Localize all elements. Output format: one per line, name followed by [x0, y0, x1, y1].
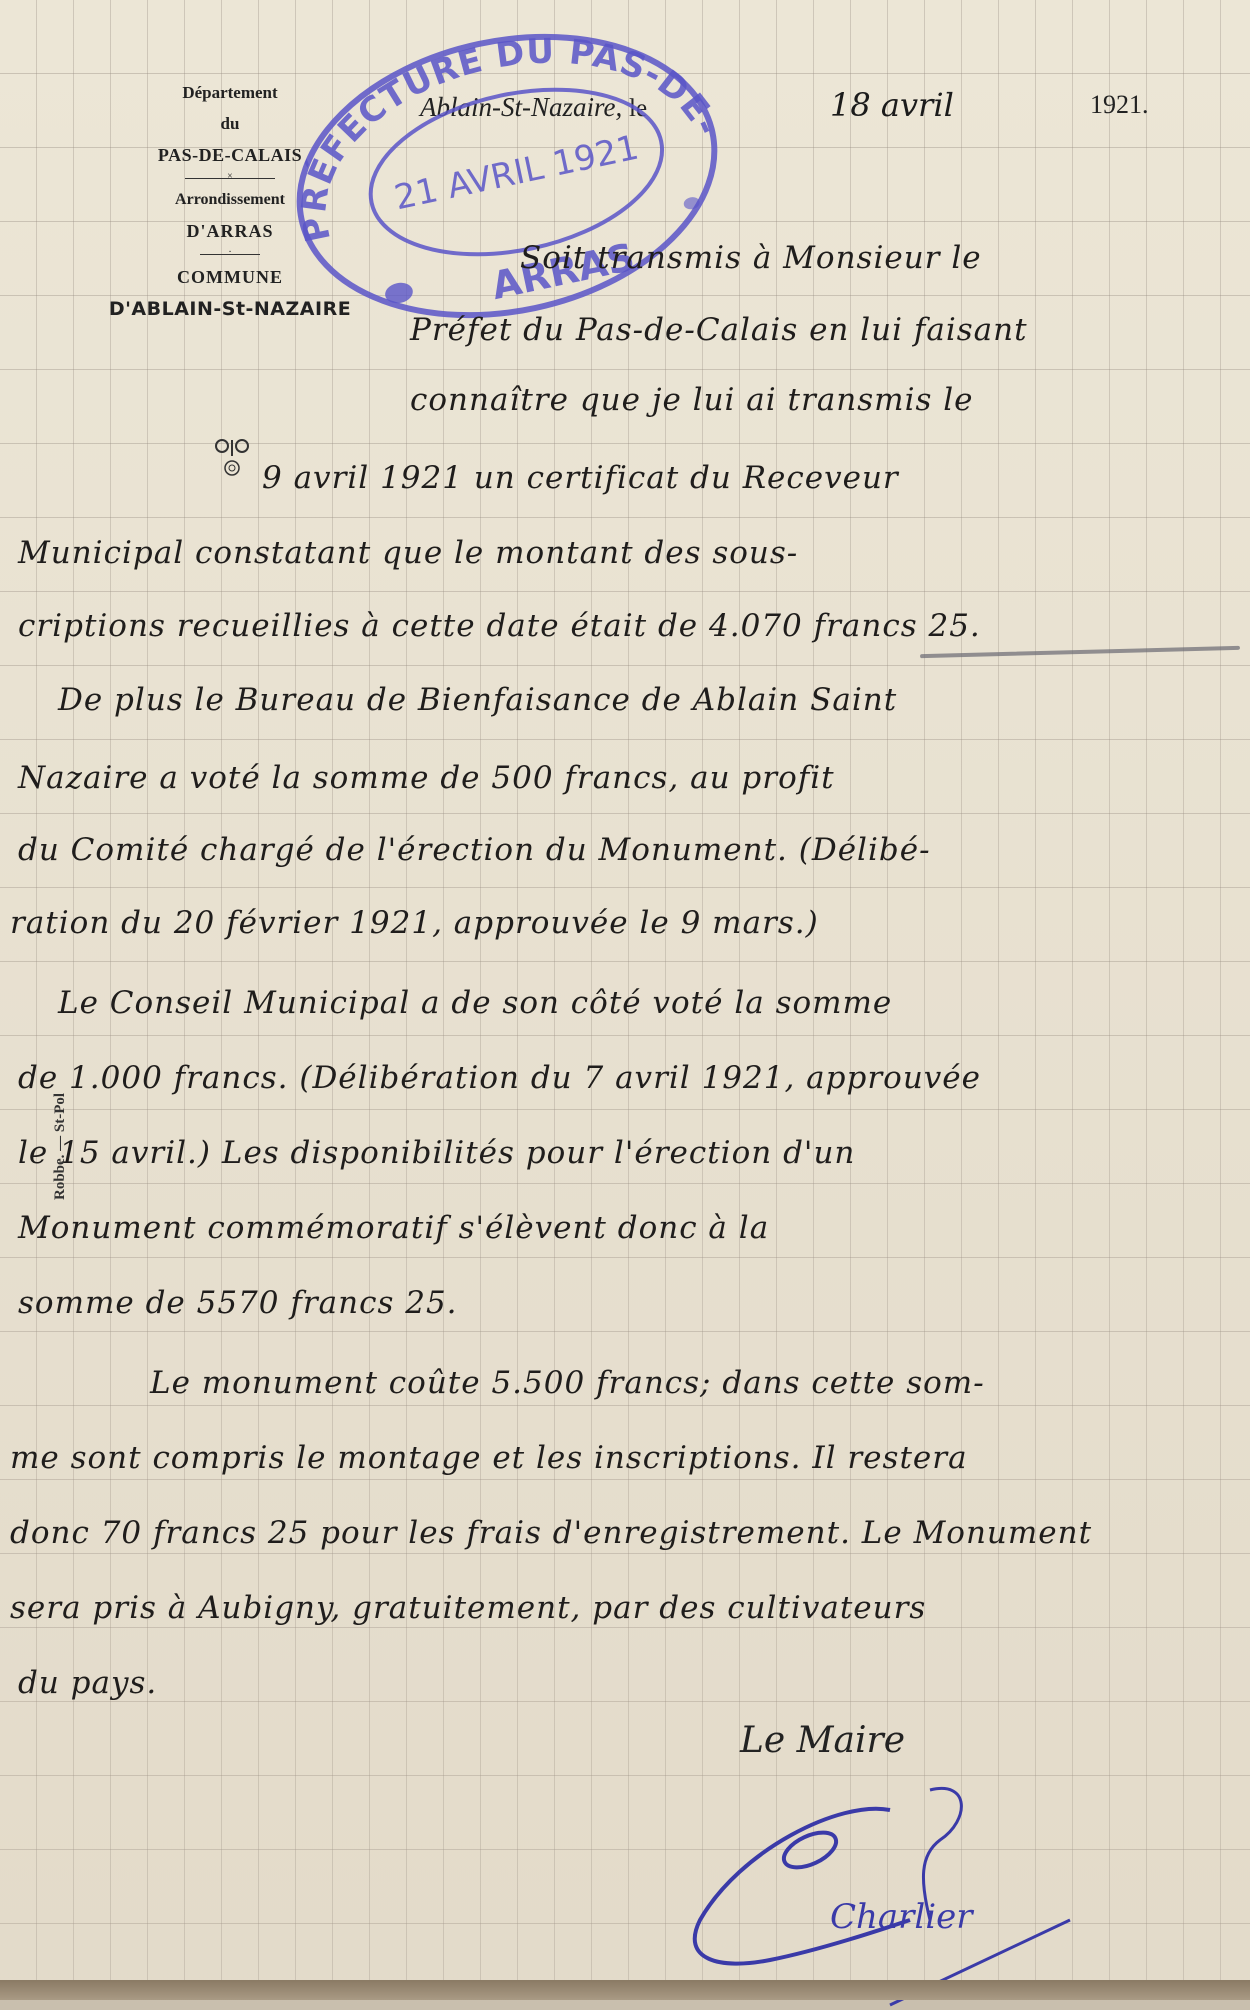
body-line: de 1.000 francs. (Délibération du 7 avri…	[18, 1060, 981, 1096]
body-line: le 15 avril.) Les disponibilités pour l'…	[18, 1135, 855, 1171]
closing-title: Le Maire	[740, 1720, 905, 1761]
stamp-date: 21 AVRIL 1921	[391, 128, 642, 219]
body-line: criptions recueillies à cette date était…	[18, 608, 981, 644]
body-line: Le Conseil Municipal a de son côté voté …	[58, 985, 892, 1021]
body-line: connaître que je lui ai transmis le	[410, 382, 974, 418]
body-line: somme de 5570 francs 25.	[18, 1285, 458, 1321]
document-page: Département du PAS-DE-CALAIS × Arrondiss…	[0, 0, 1250, 1980]
body-line: du Comité chargé de l'érection du Monume…	[18, 832, 931, 868]
pencil-underline	[920, 646, 1240, 658]
body-line: Le monument coûte 5.500 francs; dans cet…	[150, 1365, 985, 1401]
printer-mark: Robbe. — St-Pol	[52, 1093, 69, 1200]
page-bottom-edge	[0, 1980, 1250, 2000]
mayor-signature: Charlier	[680, 1770, 1100, 2000]
body-line: sera pris à Aubigny, gratuitement, par d…	[10, 1590, 926, 1626]
body-line: De plus le Bureau de Bienfaisance de Abl…	[58, 682, 897, 718]
body-line: Soit transmis à Monsieur le	[520, 240, 982, 276]
body-line: ration du 20 février 1921, approuvée le …	[10, 905, 819, 941]
body-line: me sont compris le montage et les inscri…	[10, 1440, 968, 1476]
body-line: Préfet du Pas-de-Calais en lui faisant	[410, 312, 1028, 348]
body-line: Monument commémoratif s'élèvent donc à l…	[18, 1210, 769, 1246]
body-line: Nazaire a voté la somme de 500 francs, a…	[18, 760, 835, 796]
signature-name: Charlier	[830, 1897, 974, 1937]
printed-year: 1921.	[1090, 90, 1149, 120]
body-line: Municipal constatant que le montant des …	[18, 535, 798, 571]
handwritten-date: 18 avril	[830, 86, 954, 124]
body-line: donc 70 francs 25 pour les frais d'enreg…	[10, 1515, 1092, 1551]
ornament-icon	[212, 436, 252, 480]
body-line: du pays.	[18, 1665, 157, 1701]
body-line: 9 avril 1921 un certificat du Receveur	[262, 460, 899, 496]
